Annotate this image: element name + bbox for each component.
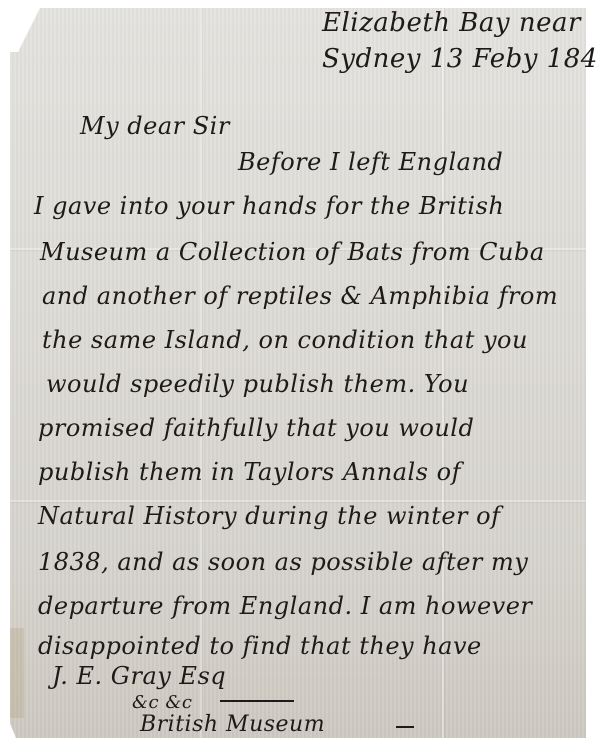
trailing-dash: [396, 726, 414, 728]
salutation: My dear Sir: [80, 112, 230, 140]
letter-place: Elizabeth Bay near: [322, 8, 581, 38]
body-line-10: 1838, and as soon as possible after my: [38, 548, 528, 576]
letter-date: Sydney 13 Feby 1840: [322, 44, 596, 74]
body-line-5: the same Island, on condition that you: [42, 326, 528, 354]
body-line-1: Before I left England: [238, 148, 503, 176]
flourish-dash: [220, 700, 294, 702]
body-line-7: promised faithfully that you would: [38, 414, 474, 442]
body-line-3: Museum a Collection of Bats from Cuba: [40, 238, 545, 266]
body-line-11: departure from England. I am however: [38, 592, 532, 620]
body-line-2: I gave into your hands for the British: [34, 192, 504, 220]
addressee-institution: British Museum: [140, 712, 325, 737]
body-line-4: and another of reptiles & Amphibia from: [42, 282, 558, 310]
addressee-etc: &c &c: [132, 692, 192, 713]
body-line-9: Natural History during the winter of: [38, 502, 500, 530]
body-line-12: disappointed to find that they have: [38, 632, 482, 660]
addressee-name: J. E. Gray Esq: [52, 662, 226, 690]
edge-stain: [10, 628, 24, 718]
body-line-8: publish them in Taylors Annals of: [38, 458, 461, 486]
body-line-6: would speedily publish them. You: [46, 370, 469, 398]
